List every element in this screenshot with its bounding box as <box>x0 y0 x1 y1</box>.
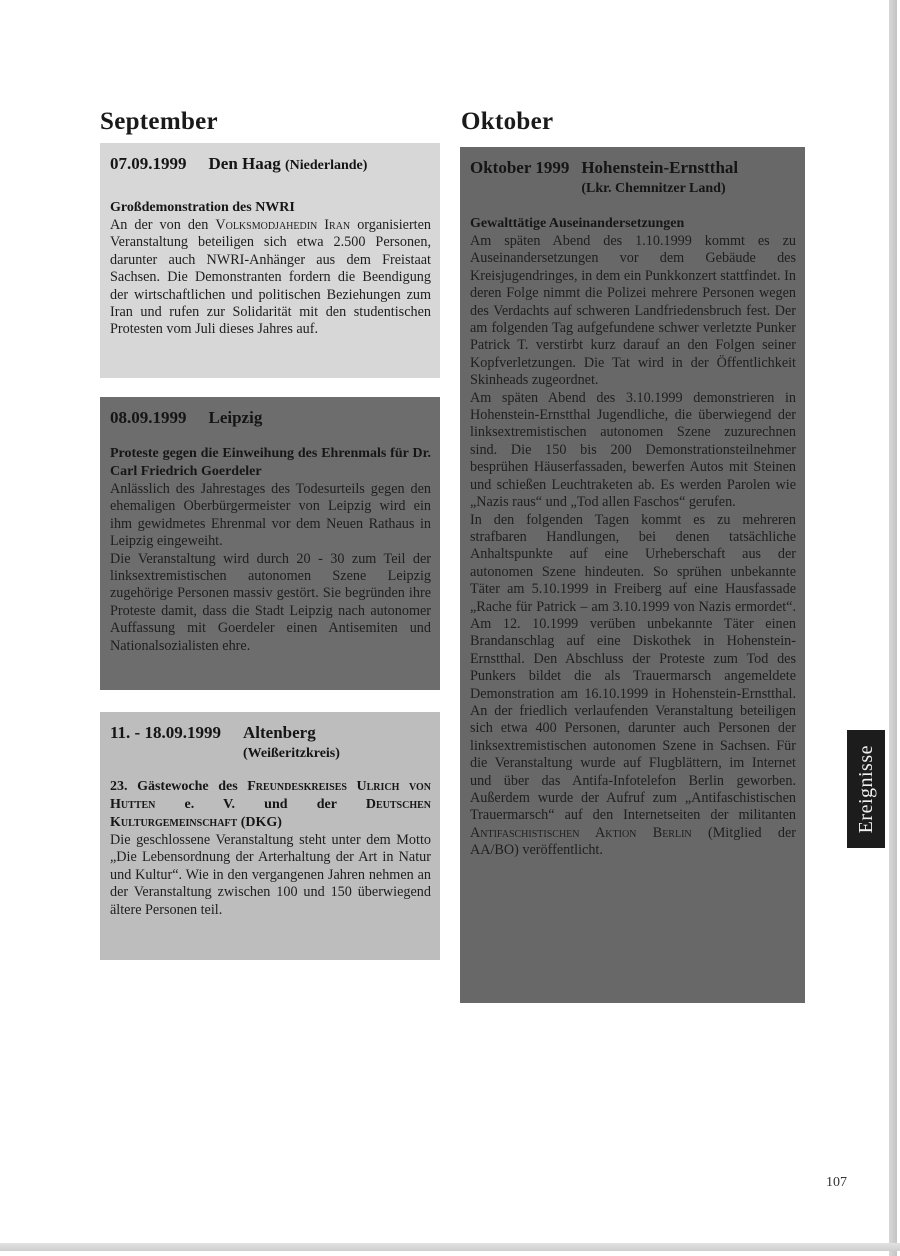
event-paragraph: Am späten Abend des 1.10.1999 kommt es z… <box>470 233 796 390</box>
event-box-leipzig: 08.09.1999 Leipzig Proteste gegen die Ei… <box>100 397 440 690</box>
event-place-suffix: (Niederlande) <box>285 158 367 173</box>
event-header: 08.09.1999 Leipzig <box>110 407 431 429</box>
event-place: Den Haag (Niederlande) <box>209 153 368 177</box>
event-box-den-haag: 07.09.1999 Den Haag (Niederlande) Großde… <box>100 143 440 378</box>
page-bottom-shadow <box>0 1243 900 1251</box>
event-date: Oktober 1999 <box>470 157 569 199</box>
event-paragraph: Die Veranstaltung wird durch 20 - 30 zum… <box>110 551 431 655</box>
event-paragraph: Am späten Abend des 3.10.1999 demonstrie… <box>470 390 796 512</box>
event-subtitle: 23. Gästewoche des Freundeskreises Ulric… <box>110 778 431 832</box>
page-number: 107 <box>826 1175 847 1191</box>
event-place: Altenberg (Weißeritzkreis) <box>243 722 340 764</box>
page-edge-shadow <box>889 0 897 1256</box>
event-subtitle: Proteste gegen die Einweihung des Ehrenm… <box>110 445 431 481</box>
event-place: Hohenstein-Ernstthal (Lkr. Chemnitzer La… <box>581 157 738 199</box>
event-subtitle: Gewalttätige Auseinandersetzungen <box>470 215 796 233</box>
event-header: 07.09.1999 Den Haag (Niederlande) <box>110 153 431 177</box>
organization-name: Volksmodjahedin Iran <box>215 217 350 233</box>
event-header: 11. - 18.09.1999 Altenberg (Weißeritzkre… <box>110 722 431 764</box>
event-header: Oktober 1999 Hohenstein-Ernstthal (Lkr. … <box>470 157 796 199</box>
event-date: 07.09.1999 <box>110 153 187 177</box>
event-place-district: (Weißeritzkreis) <box>243 744 340 764</box>
event-box-altenberg: 11. - 18.09.1999 Altenberg (Weißeritzkre… <box>100 712 440 960</box>
month-heading-oktober: Oktober <box>461 108 553 136</box>
event-date: 11. - 18.09.1999 <box>110 722 221 764</box>
organization-name: Antifaschistischen Aktion Berlin <box>470 825 692 841</box>
event-box-hohenstein-ernstthal: Oktober 1999 Hohenstein-Ernstthal (Lkr. … <box>460 147 805 1003</box>
event-date: 08.09.1999 <box>110 407 187 429</box>
event-body: Am späten Abend des 1.10.1999 kommt es z… <box>470 233 796 860</box>
section-tab-label: Ereignisse <box>855 745 878 833</box>
event-body: Die geschlossene Veranstaltung steht unt… <box>110 832 431 919</box>
event-body: An der von den Volksmodjahedin Iran orga… <box>110 217 431 339</box>
month-heading-september: September <box>100 108 218 136</box>
event-subtitle: Großdemonstration des NWRI <box>110 199 431 217</box>
section-tab-ereignisse: Ereignisse <box>847 730 885 848</box>
event-body: Anlässlich des Jahrestages des Todesurte… <box>110 481 431 655</box>
event-paragraph: Anlässlich des Jahrestages des Todesurte… <box>110 481 431 551</box>
event-paragraph: In den folgenden Tagen kommt es zu mehre… <box>470 512 796 860</box>
event-place-district: (Lkr. Chemnitzer Land) <box>581 179 738 199</box>
event-place: Leipzig <box>209 407 263 429</box>
